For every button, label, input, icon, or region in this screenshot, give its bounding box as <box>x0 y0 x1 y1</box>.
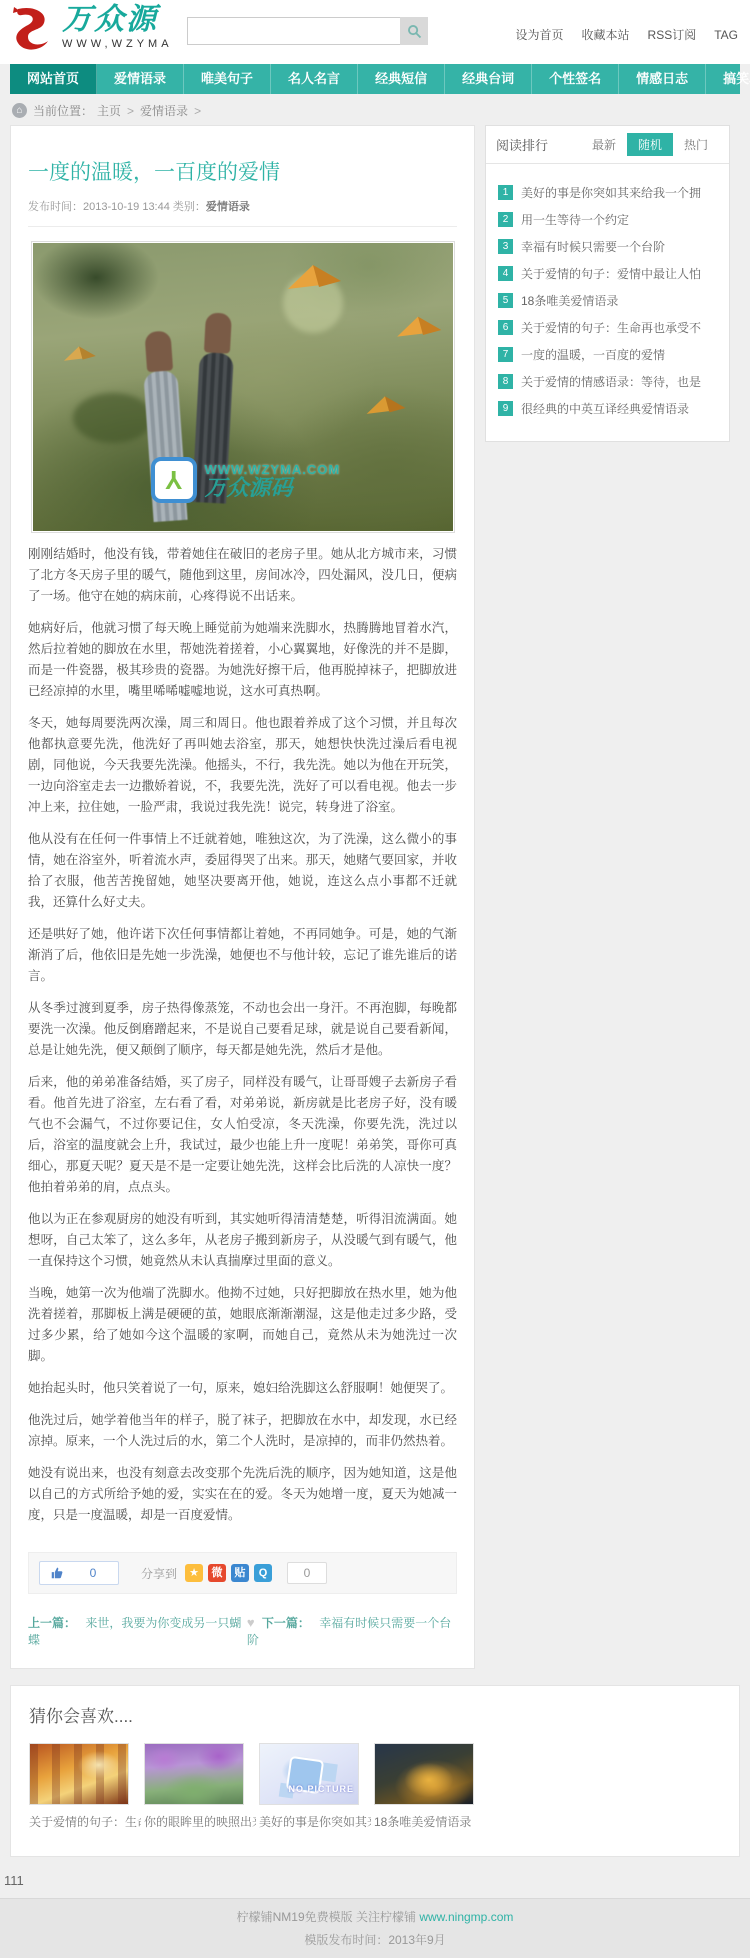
breadcrumb-separator: > <box>127 104 134 118</box>
share-bar: 0 分享到 ★微贴Q 0 <box>28 1552 457 1594</box>
related-list: 关于爱情的句子：生命再也 你的眼眸里的映照出来的女 NO PICTURE 美好的… <box>29 1743 721 1830</box>
article-meta: 发布时间：2013-10-19 13:44 类别：爱情语录 <box>28 198 457 227</box>
bokeh-shadow <box>73 393 153 443</box>
article-paragraph: 他洗过后，她学着他当年的样子，脱了袜子，把脚放在水中，却发现，水已经凉掉。原来，… <box>28 1410 457 1452</box>
site-footer: 柠檬铺NM19免费模版 关注柠檬铺 www.ningmp.com 模版发布时间：… <box>0 1898 750 1958</box>
article-paragraph: 她没有说出来，也没有刻意去改变那个先洗后洗的顺序，因为她知道，这是他以自己的方式… <box>28 1463 457 1526</box>
related-caption[interactable]: 美好的事是你突如其来给我 <box>259 1813 371 1830</box>
breadcrumb-prefix: 当前位置： <box>33 102 93 119</box>
watermark-name: 万众源码 <box>205 477 341 499</box>
rank-list-item[interactable]: 4 关于爱情的句子：爱情中最让人怕 <box>498 265 717 282</box>
search-button[interactable] <box>400 17 428 45</box>
rank-number-badge: 1 <box>498 185 513 200</box>
rank-number-badge: 3 <box>498 239 513 254</box>
article-paragraph: 刚刚结婚时，他没有钱，带着她住在破旧的老房子里。她从北方城市来，习惯了北方冬天房… <box>28 544 457 607</box>
rank-list-item[interactable]: 6 关于爱情的句子：生命再也承受不 <box>498 319 717 336</box>
rank-tab[interactable]: 随机 <box>627 133 673 156</box>
reading-rank-box: 阅读排行 最新随机热门 1 美好的事是你突如其来给我一个拥 2 用一生等待一个约… <box>485 125 730 442</box>
related-caption[interactable]: 你的眼眸里的映照出来的女 <box>144 1813 256 1830</box>
watermark-logo-icon: Y <box>151 457 197 503</box>
article-paragraph: 他从没有在任何一件事情上不迁就着她，唯独这次，为了洗澡，这么微小的事情，她在浴室… <box>28 829 457 913</box>
article-panel: 一度的温暖，一百度的爱情 发布时间：2013-10-19 13:44 类别：爱情… <box>10 125 475 1669</box>
article-paragraph: 她病好后，他就习惯了每天晚上睡觉前为她端来洗脚水，热腾腾地冒着水汽，然后拉着她的… <box>28 618 457 702</box>
rank-list-item[interactable]: 8 关于爱情的情感语录：等待，也是 <box>498 373 717 390</box>
rank-list-item[interactable]: 3 幸福有时候只需要一个台阶 <box>498 238 717 255</box>
article-image: Y WWW.WZYMA.COM 万众源码 <box>31 241 455 533</box>
rank-list-item[interactable]: 2 用一生等待一个约定 <box>498 211 717 228</box>
rank-list: 1 美好的事是你突如其来给我一个拥 2 用一生等待一个约定 3 幸福有时候只需要… <box>486 164 729 441</box>
thumbs-up-icon <box>50 1566 64 1580</box>
rank-number-badge: 5 <box>498 293 513 308</box>
related-item[interactable]: NO PICTURE 美好的事是你突如其来给我 <box>259 1743 374 1830</box>
rank-tab[interactable]: 热门 <box>673 133 719 156</box>
next-label: 下一篇： <box>262 1616 310 1630</box>
related-thumbnail[interactable] <box>374 1743 474 1805</box>
rank-number-badge: 8 <box>498 374 513 389</box>
origami-crane-icon <box>393 313 443 347</box>
footer-text: 柠檬铺NM19免费模版 关注柠檬铺 <box>237 1910 420 1924</box>
nav-item[interactable]: 爱情语录 <box>97 64 184 94</box>
site-header: 万众源 WWW,WZYMA 设为首页收藏本站RSS订阅TAG <box>0 0 750 64</box>
page-number: 111 <box>4 1873 750 1888</box>
rank-list-item[interactable]: 9 很经典的中英互译经典爱情语录 <box>498 400 717 417</box>
breadcrumb: ⌂ 当前位置： 主页 > 爱情语录 > <box>12 102 738 119</box>
related-title: 猜你会喜欢.... <box>29 1702 721 1727</box>
search-icon <box>407 24 422 39</box>
rank-title: 阅读排行 <box>496 135 581 154</box>
origami-crane-icon <box>363 393 407 423</box>
nav-item[interactable]: 经典短信 <box>358 64 445 94</box>
heart-icon: ♥ <box>247 1615 255 1630</box>
share-icon[interactable]: Q <box>254 1564 272 1582</box>
rank-number-badge: 4 <box>498 266 513 281</box>
article-paragraph: 冬天，她每周要洗两次澡，周三和周日。他也跟着养成了这个习惯，并且每次他都执意要先… <box>28 713 457 818</box>
rank-number-badge: 9 <box>498 401 513 416</box>
share-label: 分享到 <box>141 1565 177 1582</box>
origami-crane-icon <box>283 261 343 301</box>
rank-number-badge: 6 <box>498 320 513 335</box>
site-logo[interactable]: 万众源 WWW,WZYMA <box>8 3 208 61</box>
related-item[interactable]: 你的眼眸里的映照出来的女 <box>144 1743 259 1830</box>
search-input[interactable] <box>187 17 400 45</box>
header-links: 设为首页收藏本站RSS订阅TAG <box>498 26 739 43</box>
share-icon[interactable]: 微 <box>208 1564 226 1582</box>
rank-list-item[interactable]: 1 美好的事是你突如其来给我一个拥 <box>498 184 717 201</box>
nav-item[interactable]: 网站首页 <box>10 64 97 94</box>
article-body: 刚刚结婚时，他没有钱，带着她住在破旧的老房子里。她从北方城市来，习惯了北方冬天房… <box>28 544 457 1526</box>
no-picture-label: NO PICTURE <box>288 1784 354 1794</box>
like-button[interactable]: 0 <box>39 1561 119 1585</box>
comment-count-bubble[interactable]: 0 <box>287 1562 327 1584</box>
main-nav: 网站首页 爱情语录 唯美句子 名人名言 经典短信 经典台词 个性签名 情感日志 … <box>10 64 740 94</box>
article-paragraph: 她抬起头时，他只笑着说了一句，原来，媳妇给洗脚这么舒服啊！她便哭了。 <box>28 1378 457 1399</box>
breadcrumb-separator: > <box>194 104 201 118</box>
related-thumbnail[interactable]: NO PICTURE <box>259 1743 359 1805</box>
like-count: 0 <box>78 1566 108 1580</box>
article-paragraph: 当晚，她第一次为他端了洗脚水。他拗不过她，只好把脚放在热水里，她为他洗着搓着，那… <box>28 1283 457 1367</box>
site-tagline: WWW,WZYMA <box>62 38 173 50</box>
article-paragraph: 从冬季过渡到夏季，房子热得像蒸笼，不动也会出一身汗。不再泡脚，每晚都要洗一次澡。… <box>28 998 457 1061</box>
prev-label: 上一篇： <box>28 1616 76 1630</box>
article-pager: 上一篇： 来世，我要为你变成另一只蝴蝶 ♥ 下一篇： 幸福有时候只需要一个台阶 <box>28 1614 457 1648</box>
related-caption[interactable]: 18条唯美爱情语录 <box>374 1813 486 1830</box>
header-link[interactable]: TAG <box>714 28 738 42</box>
share-icons: ★微贴Q <box>185 1564 277 1582</box>
related-panel: 猜你会喜欢.... 关于爱情的句子：生命再也 你的眼眸里的映照出来的女 NO P… <box>10 1685 740 1857</box>
article-meta-text: 发布时间：2013-10-19 13:44 类别： <box>28 201 206 213</box>
related-item[interactable]: 18条唯美爱情语录 <box>374 1743 489 1830</box>
origami-crane-icon <box>61 343 97 369</box>
article-paragraph: 他以为正在参观厨房的她没有听到，其实她听得清清楚楚，听得泪流满面。她想呀，自己太… <box>28 1209 457 1272</box>
breadcrumb-home-link[interactable]: 主页 <box>97 102 121 119</box>
nav-item[interactable]: 唯美句子 <box>184 64 271 94</box>
article-paragraph: 后来，他的弟弟准备结婚，买了房子，同样没有暖气，让哥哥嫂子去新房子看看。他首先进… <box>28 1072 457 1198</box>
related-thumbnail[interactable] <box>29 1743 129 1805</box>
nav-item[interactable]: 个性签名 <box>532 64 619 94</box>
footer-date: 模版发布时间：2013年9月 <box>0 1931 750 1948</box>
rank-tabs: 最新随机热门 <box>581 133 719 156</box>
header-link[interactable]: 设为首页 <box>516 28 564 42</box>
related-caption[interactable]: 关于爱情的句子：生命再也 <box>29 1813 141 1830</box>
home-icon: ⌂ <box>12 103 27 118</box>
article-category-link[interactable]: 爱情语录 <box>206 201 250 213</box>
site-name: 万众源 <box>62 3 173 37</box>
nav-item[interactable]: 情感日志 <box>619 64 706 94</box>
dragon-logo-icon <box>8 3 60 55</box>
rank-tab[interactable]: 最新 <box>581 133 627 156</box>
header-link[interactable]: 收藏本站 <box>582 28 630 42</box>
share-icon[interactable]: 贴 <box>231 1564 249 1582</box>
rank-list-item[interactable]: 7 一度的温暖，一百度的爱情 <box>498 346 717 363</box>
nav-item[interactable]: 经典台词 <box>445 64 532 94</box>
nav-item[interactable]: 名人名言 <box>271 64 358 94</box>
footer-link[interactable]: www.ningmp.com <box>419 1910 513 1924</box>
header-link[interactable]: RSS订阅 <box>648 28 697 42</box>
share-icon[interactable]: ★ <box>185 1564 203 1582</box>
image-watermark: Y WWW.WZYMA.COM 万众源码 <box>151 457 341 503</box>
rank-number-badge: 7 <box>498 347 513 362</box>
rank-number-badge: 2 <box>498 212 513 227</box>
nav-item[interactable]: 搞笑段子 <box>706 64 750 94</box>
article-paragraph: 还是哄好了她，他许诺下次任何事情都让着她，不再同她争。可是，她的气渐渐消了后，他… <box>28 924 457 987</box>
rank-list-item[interactable]: 5 18条唯美爱情语录 <box>498 292 717 309</box>
related-item[interactable]: 关于爱情的句子：生命再也 <box>29 1743 144 1830</box>
article-title: 一度的温暖，一百度的爱情 <box>28 156 457 186</box>
related-thumbnail[interactable] <box>144 1743 244 1805</box>
breadcrumb-category-link[interactable]: 爱情语录 <box>140 102 188 119</box>
